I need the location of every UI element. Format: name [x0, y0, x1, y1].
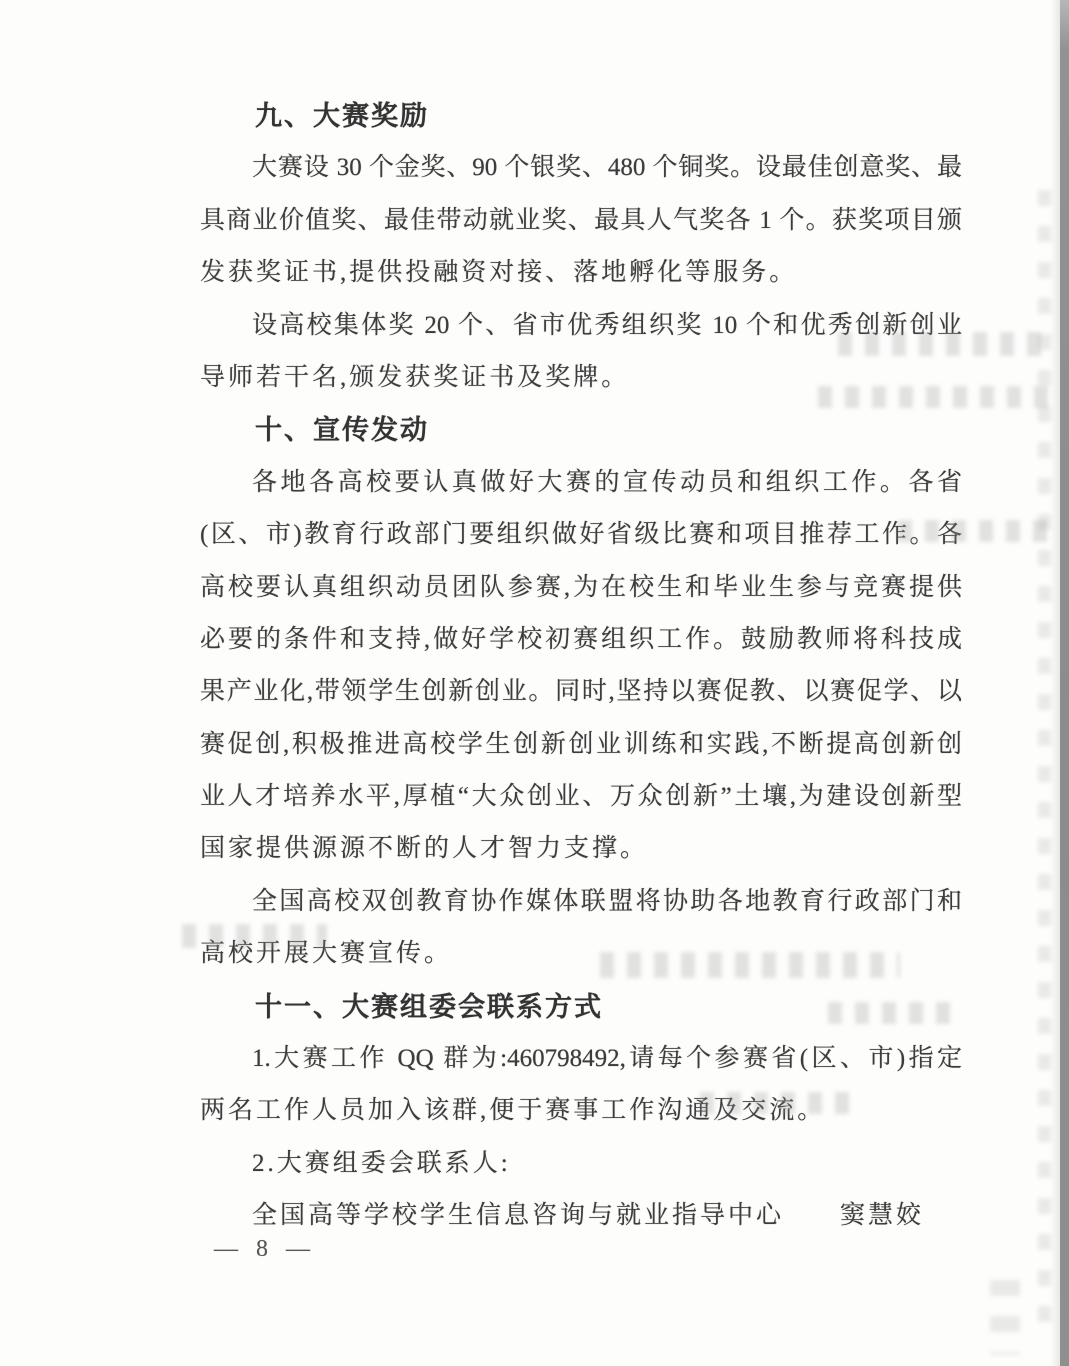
body-line: 国家提供源源不断的人才智力支撑。 — [200, 823, 962, 875]
body-line: 具商业价值奖、最佳带动就业奖、最具人气奖各 1 个。获奖项目颁 — [200, 195, 962, 247]
body-line: 设高校集体奖 20 个、省市优秀组织奖 10 个和优秀创新创业 — [200, 300, 962, 352]
page-number: — 8 — — [214, 1236, 316, 1263]
section-heading: 十一、大赛组委会联系方式 — [200, 981, 962, 1033]
body-line: 高校要认真组织动员团队参赛,为在校生和毕业生参与竞赛提供 — [200, 562, 962, 614]
body-line: 各地各高校要认真做好大赛的宣传动员和组织工作。各省 — [200, 457, 962, 509]
body-line: 大赛设 30 个金奖、90 个银奖、480 个铜奖。设最佳创意奖、最 — [200, 142, 962, 194]
body-line: 赛促创,积极推进高校学生创新创业训练和实践,不断提高创新创 — [200, 719, 962, 771]
scan-edge-right — [1060, 0, 1069, 1366]
section-heading: 九、大赛奖励 — [200, 90, 962, 142]
body-line: 业人才培养水平,厚植“大众创业、万众创新”土壤,为建设创新型 — [200, 771, 962, 823]
body-line: 全国高等学校学生信息咨询与就业指导中心 窦慧姣 — [200, 1190, 962, 1242]
body-line: 导师若干名,颁发获奖证书及奖牌。 — [200, 352, 962, 404]
body-line: 必要的条件和支持,做好学校初赛组织工作。鼓励教师将科技成 — [200, 614, 962, 666]
body-line: 发获奖证书,提供投融资对接、落地孵化等服务。 — [200, 247, 962, 299]
document-text-block: 九、大赛奖励大赛设 30 个金奖、90 个银奖、480 个铜奖。设最佳创意奖、最… — [200, 90, 962, 1243]
scan-edge-shading — [1050, 0, 1060, 1366]
body-line: 2.大赛组委会联系人: — [200, 1138, 962, 1190]
body-line: (区、市)教育行政部门要组织做好省级比赛和项目推荐工作。各 — [200, 509, 962, 561]
body-line: 两名工作人员加入该群,便于赛事工作沟通及交流。 — [200, 1085, 962, 1137]
scanned-page: 九、大赛奖励大赛设 30 个金奖、90 个银奖、480 个铜奖。设最佳创意奖、最… — [0, 0, 1069, 1366]
body-line: 全国高校双创教育协作媒体联盟将协助各地教育行政部门和 — [200, 876, 962, 928]
bleed-through-smudge — [990, 1280, 1020, 1355]
body-line: 果产业化,带领学生创新创业。同时,坚持以赛促教、以赛促学、以 — [200, 666, 962, 718]
body-line: 高校开展大赛宣传。 — [200, 928, 962, 980]
section-heading: 十、宣传发动 — [200, 404, 962, 456]
body-line: 1.大赛工作 QQ 群为:460798492,请每个参赛省(区、市)指定 — [200, 1033, 962, 1085]
